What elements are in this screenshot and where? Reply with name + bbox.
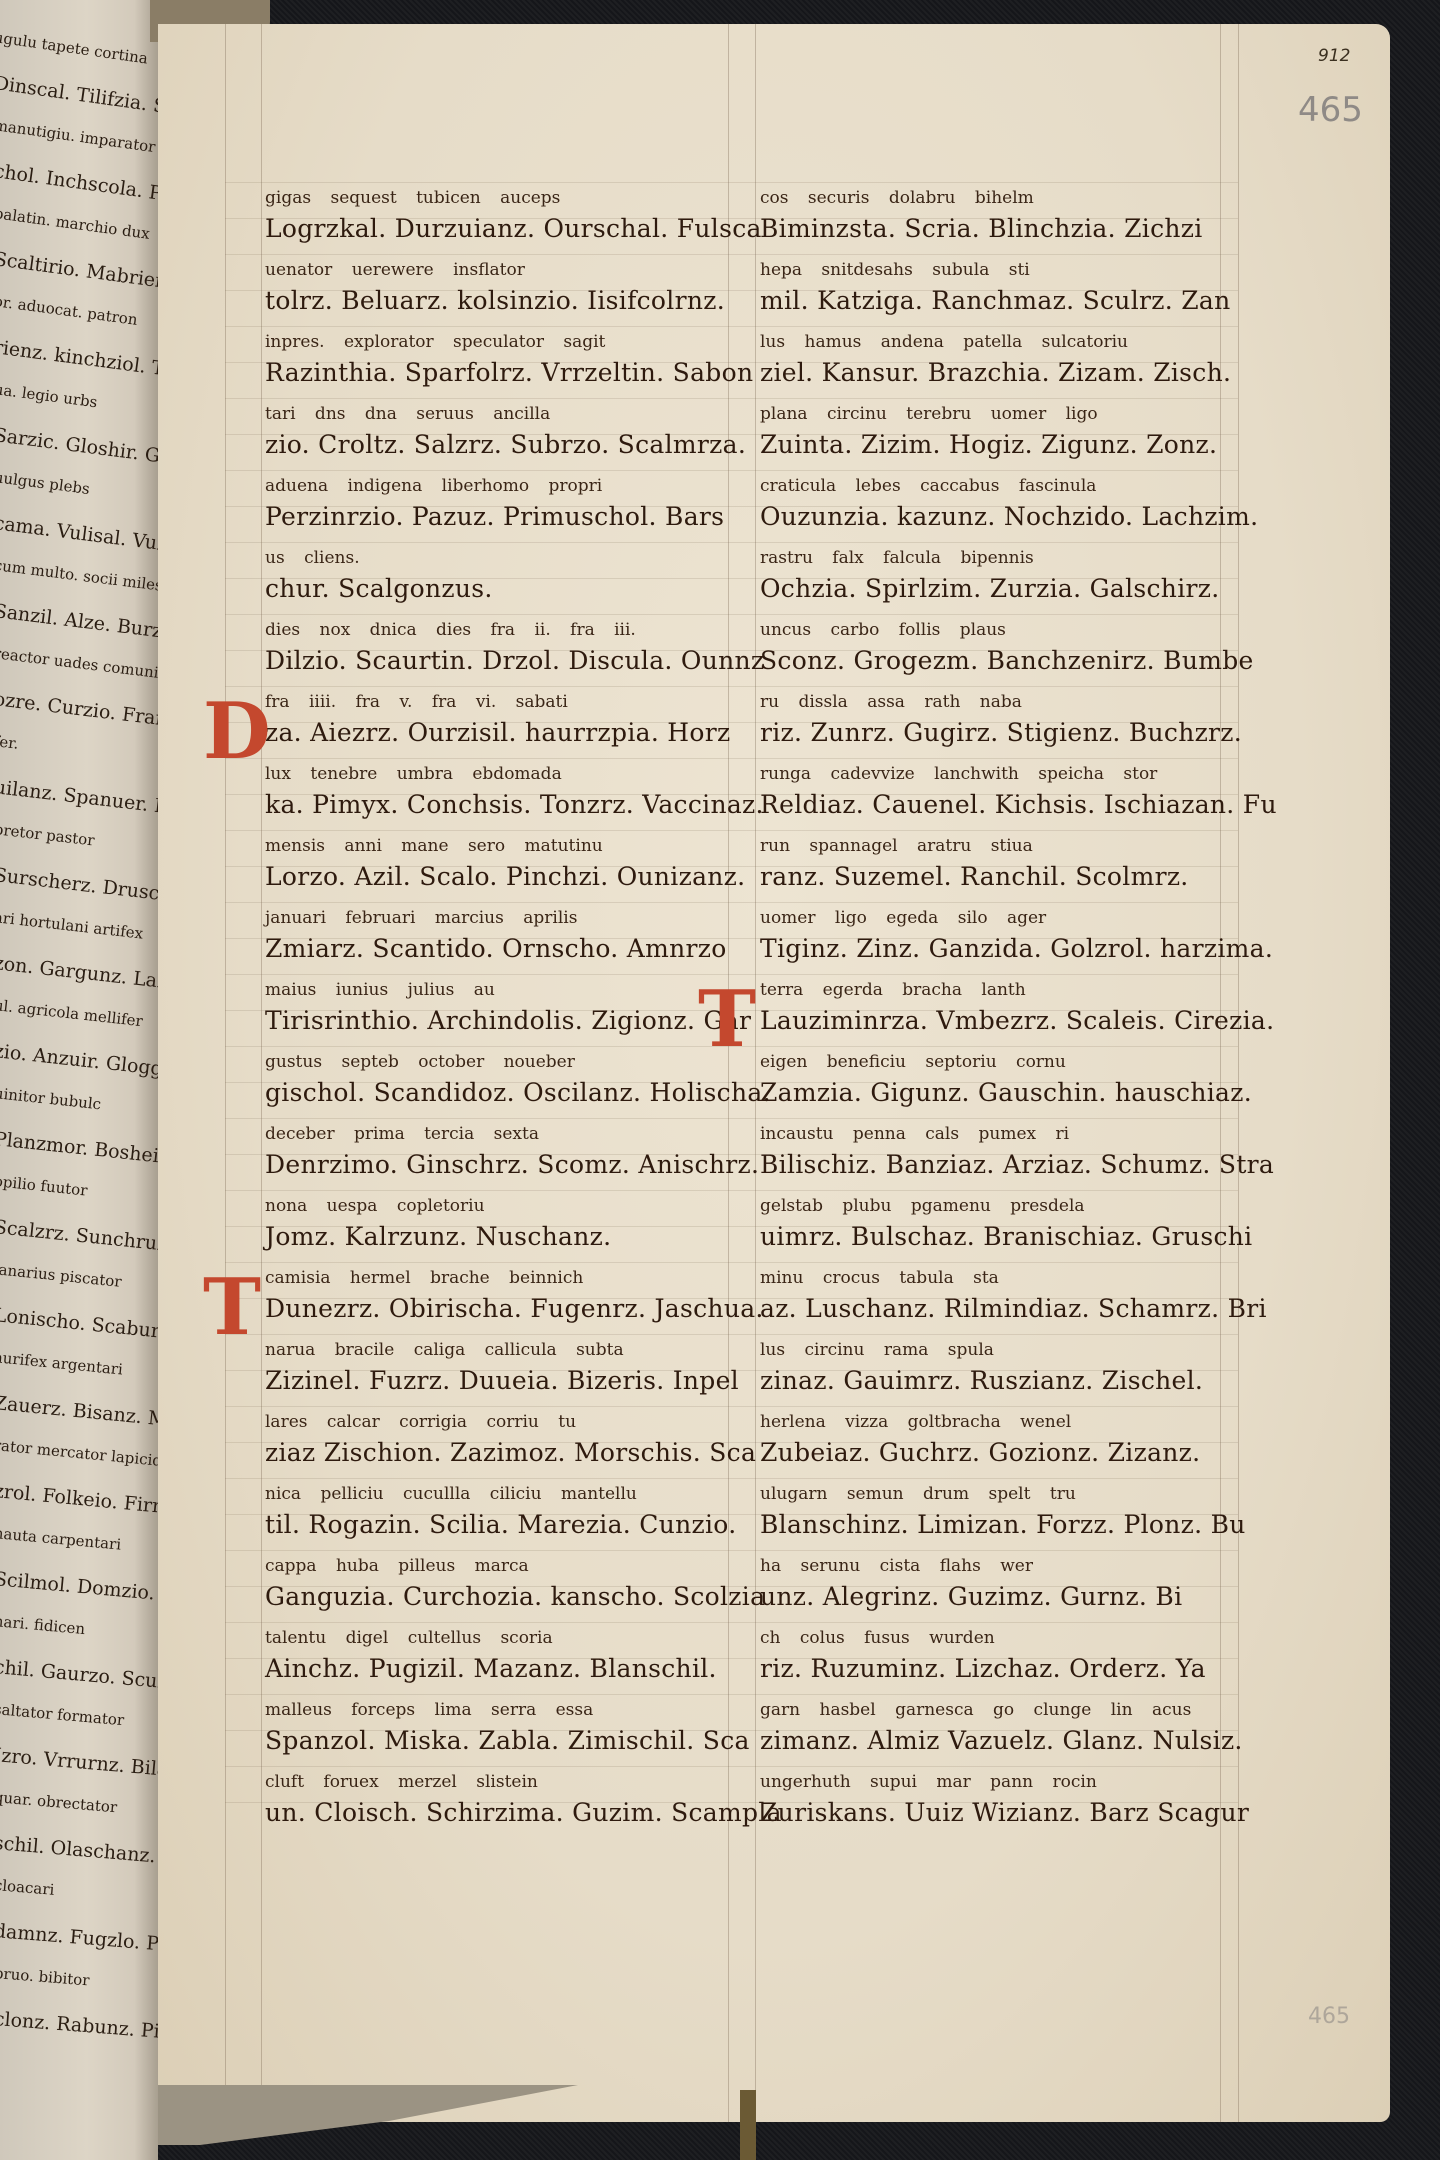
- ruling-line: [225, 326, 1238, 327]
- gloss-line: aduena indigena liberhomo propri: [265, 476, 602, 496]
- left-page-text-line: ul. agricola mellifer: [0, 996, 144, 1030]
- left-page-text-line: ugulu tapete cortina: [0, 28, 149, 67]
- left-page-text-line: Scalzrz. Sunchrul. Larv: [0, 1216, 158, 1261]
- main-text-line: Blanschinz. Limizan. Forzz. Plonz. Bu: [760, 1510, 1246, 1539]
- main-text-line: Zuriskans. Uuiz Wizianz. Barz Scagur: [760, 1798, 1249, 1827]
- left-page-text-line: reactor uades comunio: [0, 644, 158, 683]
- main-text-line: Dilzio. Scaurtin. Drzol. Discula. Ounnz: [265, 646, 764, 675]
- left-page-text-line: Sanzil. Alze. Burzol: [0, 600, 158, 644]
- gloss-line: tari dns dna seruus ancilla: [265, 404, 550, 424]
- main-text-line: ziel. Kansur. Brazchia. Zizam. Zisch.: [760, 358, 1231, 387]
- left-page-fragment: ugulu tapete cortinaDinscal. Tilifzia. S…: [0, 0, 158, 2160]
- gloss-line: ulugarn semun drum spelt tru: [760, 1484, 1076, 1504]
- left-page-text-line: Surscherz. Druschil. Sosch: [0, 864, 158, 915]
- left-page-text-line: saltator formator: [0, 1700, 125, 1729]
- main-text-line: zimanz. Almiz Vazuelz. Glanz. Nulsiz.: [760, 1726, 1243, 1755]
- ruling-line: [225, 1406, 1238, 1407]
- gloss-line: eigen beneficiu septoriu cornu: [760, 1052, 1066, 1072]
- gloss-line: mensis anni mane sero matutinu: [265, 836, 603, 856]
- gloss-line: camisia hermel brache beinnich: [265, 1268, 583, 1288]
- left-page-text-line: cloacari: [0, 1876, 55, 1899]
- left-page-text-line: pretor pastor: [0, 820, 95, 849]
- rubricated-initial: T: [698, 974, 756, 1065]
- main-text-line: Zmiarz. Scantido. Ornscho. Amnrzo: [265, 934, 727, 963]
- main-text-line: Ainchz. Pugizil. Mazanz. Blanschil.: [265, 1654, 717, 1683]
- left-page-text-line: damnz. Fugzlo. Polo: [0, 1920, 158, 1957]
- main-text-line: chur. Scalgonzus.: [265, 574, 493, 603]
- main-text-line: Ouzunzia. kazunz. Nochzido. Lachzim.: [760, 502, 1258, 531]
- gloss-line: dies nox dnica dies fra ii. fra iii.: [265, 620, 636, 640]
- gloss-line: lus hamus andena patella sulcatoriu: [760, 332, 1128, 352]
- main-text-line: riz. Zunrz. Gugirz. Stigienz. Buchzrz.: [760, 718, 1242, 747]
- left-page-text-line: Sarzic. Gloshir. Grad: [0, 424, 158, 471]
- main-text-line: Lauziminrza. Vmbezrz. Scaleis. Cirezia.: [760, 1006, 1274, 1035]
- gloss-line: ru dissla assa rath naba: [760, 692, 1022, 712]
- gloss-line: runga cadevvize lanchwith speicha stor: [760, 764, 1157, 784]
- main-text-line: Razinthia. Sparfolrz. Vrrzeltin. Sabon: [265, 358, 753, 387]
- ruling-line: [225, 1550, 1238, 1551]
- left-page-text-line: pruo. bibitor: [0, 1964, 90, 1989]
- gloss-line: garn hasbel garnesca go clunge lin acus: [760, 1700, 1191, 1720]
- ruling-line: [225, 1694, 1238, 1695]
- main-text-line: Ochzia. Spirlzim. Zurzia. Galschirz.: [760, 574, 1219, 603]
- main-text-line: gischol. Scandidoz. Oscilanz. Holischa.: [265, 1078, 771, 1107]
- left-page-text-line: fer.: [0, 732, 20, 753]
- left-page-text-line: nari. fidicen: [0, 1612, 86, 1638]
- gloss-line: terra egerda bracha lanth: [760, 980, 1026, 1000]
- left-page-text-line: rator mercator lapicida: [0, 1436, 158, 1471]
- left-page-text-line: cum multo. socii miles: [0, 556, 158, 595]
- left-page-text-line: Dinscal. Tilifzia. Squami: [0, 72, 158, 126]
- ruling-line: [225, 686, 1238, 687]
- main-text-line: Zubeiaz. Guchrz. Gozionz. Zizanz.: [760, 1438, 1200, 1467]
- gloss-line: cappa huba pilleus marca: [265, 1556, 529, 1576]
- gloss-line: lares calcar corrigia corriu tu: [265, 1412, 576, 1432]
- gloss-line: ungerhuth supui mar pann rocin: [760, 1772, 1097, 1792]
- left-page-text-line: uinitor bubulc: [0, 1084, 102, 1113]
- foliation-pencil: 465: [1298, 90, 1363, 130]
- gloss-line: gelstab plubu pgamenu presdela: [760, 1196, 1085, 1216]
- gloss-line: uomer ligo egeda silo ager: [760, 908, 1046, 928]
- gloss-line: lux tenebre umbra ebdomada: [265, 764, 562, 784]
- left-page-text-line: zrol. Folkeio. Firmanz: [0, 1480, 158, 1522]
- gloss-line: nica pelliciu cucullla ciliciu mantellu: [265, 1484, 637, 1504]
- ruling-line: [225, 1766, 1238, 1767]
- ruling-line: [225, 254, 1238, 255]
- main-text-line: Tirisrinthio. Archindolis. Zigionz. Gar: [265, 1006, 751, 1035]
- gloss-line: nona uespa copletoriu: [265, 1196, 485, 1216]
- left-page-text-line: Scilmol. Domzio. Gra: [0, 1568, 158, 1608]
- main-text-line: ka. Pimyx. Conchsis. Tonzrz. Vaccinaz.: [265, 790, 764, 819]
- main-text-line: Tiginz. Zinz. Ganzida. Golzrol. harzima.: [760, 934, 1273, 963]
- main-text-line: Biminzsta. Scria. Blinchzia. Zichzi: [760, 214, 1203, 243]
- gloss-line: ha serunu cista flahs wer: [760, 1556, 1033, 1576]
- ruling-margin-left: [225, 24, 226, 2122]
- gloss-line: januari februari marcius aprilis: [265, 908, 577, 928]
- left-page-text-line: cama. Vulisal. Vulistik: [0, 512, 158, 560]
- left-page-text-line: lanarius piscator: [0, 1260, 122, 1291]
- main-text-line: Lorzo. Azil. Scalo. Pinchzi. Ounizanz.: [265, 862, 745, 891]
- gloss-line: gigas sequest tubicen auceps: [265, 188, 560, 208]
- ruling-line: [225, 1478, 1238, 1479]
- left-page-text-line: manutigiu. imparator: [0, 116, 157, 156]
- gloss-line: uncus carbo follis plaus: [760, 620, 1006, 640]
- foliation-pencil-bottom: 465: [1308, 2004, 1350, 2029]
- gloss-line: inpres. explorator speculator sagit: [265, 332, 605, 352]
- gloss-line: craticula lebes caccabus fascinula: [760, 476, 1096, 496]
- main-text-line: za. Aiezrz. Ourzisil. haurrzpia. Horz: [265, 718, 730, 747]
- main-text-line: Spanzol. Miska. Zabla. Zimischil. Sca: [265, 1726, 750, 1755]
- ruling-line: [225, 182, 1238, 183]
- gloss-line: gustus septeb october noueber: [265, 1052, 575, 1072]
- ruling-line: [225, 1118, 1238, 1119]
- gloss-line: minu crocus tabula sta: [760, 1268, 999, 1288]
- ruling-line: [225, 614, 1238, 615]
- left-page-text-line: ua. legio urbs: [0, 380, 98, 411]
- left-page-text-line: clonz. Rabunz. Pimz: [0, 2008, 158, 2045]
- gloss-line: fra iiii. fra v. fra vi. sabati: [265, 692, 568, 712]
- ruling-line: [225, 542, 1238, 543]
- main-text-line: az. Luschanz. Rilmindiaz. Schamrz. Bri: [760, 1294, 1267, 1323]
- ruling-line: [225, 398, 1238, 399]
- gloss-line: ch colus fusus wurden: [760, 1628, 995, 1648]
- ruling-line: [225, 470, 1238, 471]
- left-page-text-line: ari hortulani artifex: [0, 908, 144, 943]
- rubricated-initial: T: [203, 1262, 261, 1353]
- left-page-text-line: zio. Anzuir. Glogghost: [0, 1040, 158, 1084]
- ruling-line: [225, 1190, 1238, 1191]
- gloss-line: narua bracile caliga callicula subta: [265, 1340, 624, 1360]
- main-text-line: riz. Ruzuminz. Lizchaz. Orderz. Ya: [760, 1654, 1206, 1683]
- main-text-line: mil. Katziga. Ranchmaz. Sculrz. Zan: [760, 286, 1231, 315]
- left-page-text-line: nauta carpentari: [0, 1524, 122, 1554]
- foliation-ink: 912: [1318, 46, 1350, 66]
- gloss-line: talentu digel cultellus scoria: [265, 1628, 553, 1648]
- gloss-line: cos securis dolabru bihelm: [760, 188, 1034, 208]
- main-text-line: ziaz Zischion. Zazimoz. Morschis. Sca: [265, 1438, 756, 1467]
- rubricated-initial: D: [203, 686, 271, 777]
- main-text-line: ranz. Suzemel. Ranchil. Scolmrz.: [760, 862, 1189, 891]
- gloss-line: hepa snitdesahs subula sti: [760, 260, 1030, 280]
- gloss-line: malleus forceps lima serra essa: [265, 1700, 593, 1720]
- ruling-line: [225, 1334, 1238, 1335]
- gloss-line: plana circinu terebru uomer ligo: [760, 404, 1098, 424]
- main-text-line: til. Rogazin. Scilia. Marezia. Cunzio.: [265, 1510, 736, 1539]
- gloss-line: cluft foruex merzel slistein: [265, 1772, 538, 1792]
- main-text-line: Denrzimo. Ginschrz. Scomz. Anischrz.: [265, 1150, 759, 1179]
- left-page-text-line: rienz. kinchziol. Tronsal: [0, 336, 158, 388]
- ruling-line: [225, 830, 1238, 831]
- main-text-line: Logrzkal. Durzuianz. Ourschal. Fulsca: [265, 214, 762, 243]
- main-text-line: Zuinta. Zizim. Hogiz. Zigunz. Zonz.: [760, 430, 1217, 459]
- main-text-line: Bilischiz. Banziaz. Arziaz. Schumz. Stra: [760, 1150, 1274, 1179]
- main-text-line: un. Cloisch. Schirzima. Guzim. Scampla: [265, 1798, 782, 1827]
- gloss-line: rastru falx falcula bipennis: [760, 548, 1034, 568]
- main-text-line: Reldiaz. Cauenel. Kichsis. Ischiazan. Fu: [760, 790, 1277, 819]
- gloss-line: us cliens.: [265, 548, 360, 568]
- gloss-line: run spannagel aratru stiua: [760, 836, 1033, 856]
- left-page-text-line: schil. Olaschanz. Soh: [0, 1832, 158, 1871]
- gloss-line: lus circinu rama spula: [760, 1340, 994, 1360]
- main-text-line: Ganguzia. Curchozia. kanscho. Scolzia: [265, 1582, 765, 1611]
- main-text-line: Perzinrzio. Pazuz. Primuschol. Bars: [265, 502, 724, 531]
- left-page-text-line: chil. Gaurzo. Scumz: [0, 1656, 158, 1695]
- main-text-line: Zamzia. Gigunz. Gauschin. hauschiaz.: [760, 1078, 1252, 1107]
- main-text-line: Jomz. Kalrzunz. Nuschanz.: [265, 1222, 611, 1251]
- ruling-line: [225, 758, 1238, 759]
- bookmark-ribbon: [740, 2090, 756, 2160]
- left-page-text-line: quar. obrectator: [0, 1788, 118, 1816]
- left-page-text-line: uulgus plebs: [0, 468, 91, 498]
- left-page-text-line: aurifex argentari: [0, 1348, 124, 1379]
- main-text-line: unz. Alegrinz. Guzimz. Gurnz. Bi: [760, 1582, 1182, 1611]
- main-text-line: Dunezrz. Obirischa. Fugenrz. Jaschua.: [265, 1294, 764, 1323]
- left-page-text-line: Lonischo. Scaburz. Rap: [0, 1304, 158, 1348]
- gloss-line: deceber prima tercia sexta: [265, 1124, 539, 1144]
- ruling-line: [225, 902, 1238, 903]
- gloss-line: herlena vizza goltbracha wenel: [760, 1412, 1071, 1432]
- ruling-column-left-start: [261, 24, 262, 2122]
- gloss-line: incaustu penna cals pumex ri: [760, 1124, 1069, 1144]
- left-page-text-line: opilio fuutor: [0, 1172, 88, 1200]
- main-text-line: Zizinel. Fuzrz. Duueia. Bizeris. Inpel: [265, 1366, 739, 1395]
- main-text-line: Sconz. Grogezm. Banchzenirz. Bumbe: [760, 646, 1254, 675]
- ruling-line: [225, 1262, 1238, 1263]
- main-text-line: tolrz. Beluarz. kolsinzio. Iisifcolrnz.: [265, 286, 725, 315]
- left-page-text-line: Zauerz. Bisanz. Munz: [0, 1392, 158, 1434]
- main-text-line: uimrz. Bulschaz. Branischiaz. Gruschi: [760, 1222, 1252, 1251]
- gloss-line: maius iunius julius au: [265, 980, 495, 1000]
- left-page-text-line: uilanz. Spanuer. Bustrol: [0, 776, 158, 825]
- left-page-text-line: Planzmor. Bosheir. Gaz: [0, 1128, 158, 1173]
- left-page-text-line: or. aduocat. patron: [0, 292, 139, 329]
- main-text-line: zio. Croltz. Salzrz. Subrzo. Scalmrza.: [265, 430, 746, 459]
- left-page-text-line: ozre. Curzio. Franzola: [0, 688, 158, 735]
- left-page-text-line: Izro. Vrrurnz. Bilaz: [0, 1744, 158, 1782]
- main-text-line: zinaz. Gauimrz. Ruszianz. Zischel.: [760, 1366, 1203, 1395]
- left-page-text-line: palatin. marchio dux: [0, 204, 151, 243]
- manuscript-page: 912 465 465 gigas sequest tubicen auceps…: [158, 24, 1390, 2122]
- left-page-text-line: zon. Gargunz. Langnoberz: [0, 952, 158, 1002]
- gloss-line: uenator uerewere insflator: [265, 260, 525, 280]
- ruling-line: [225, 1622, 1238, 1623]
